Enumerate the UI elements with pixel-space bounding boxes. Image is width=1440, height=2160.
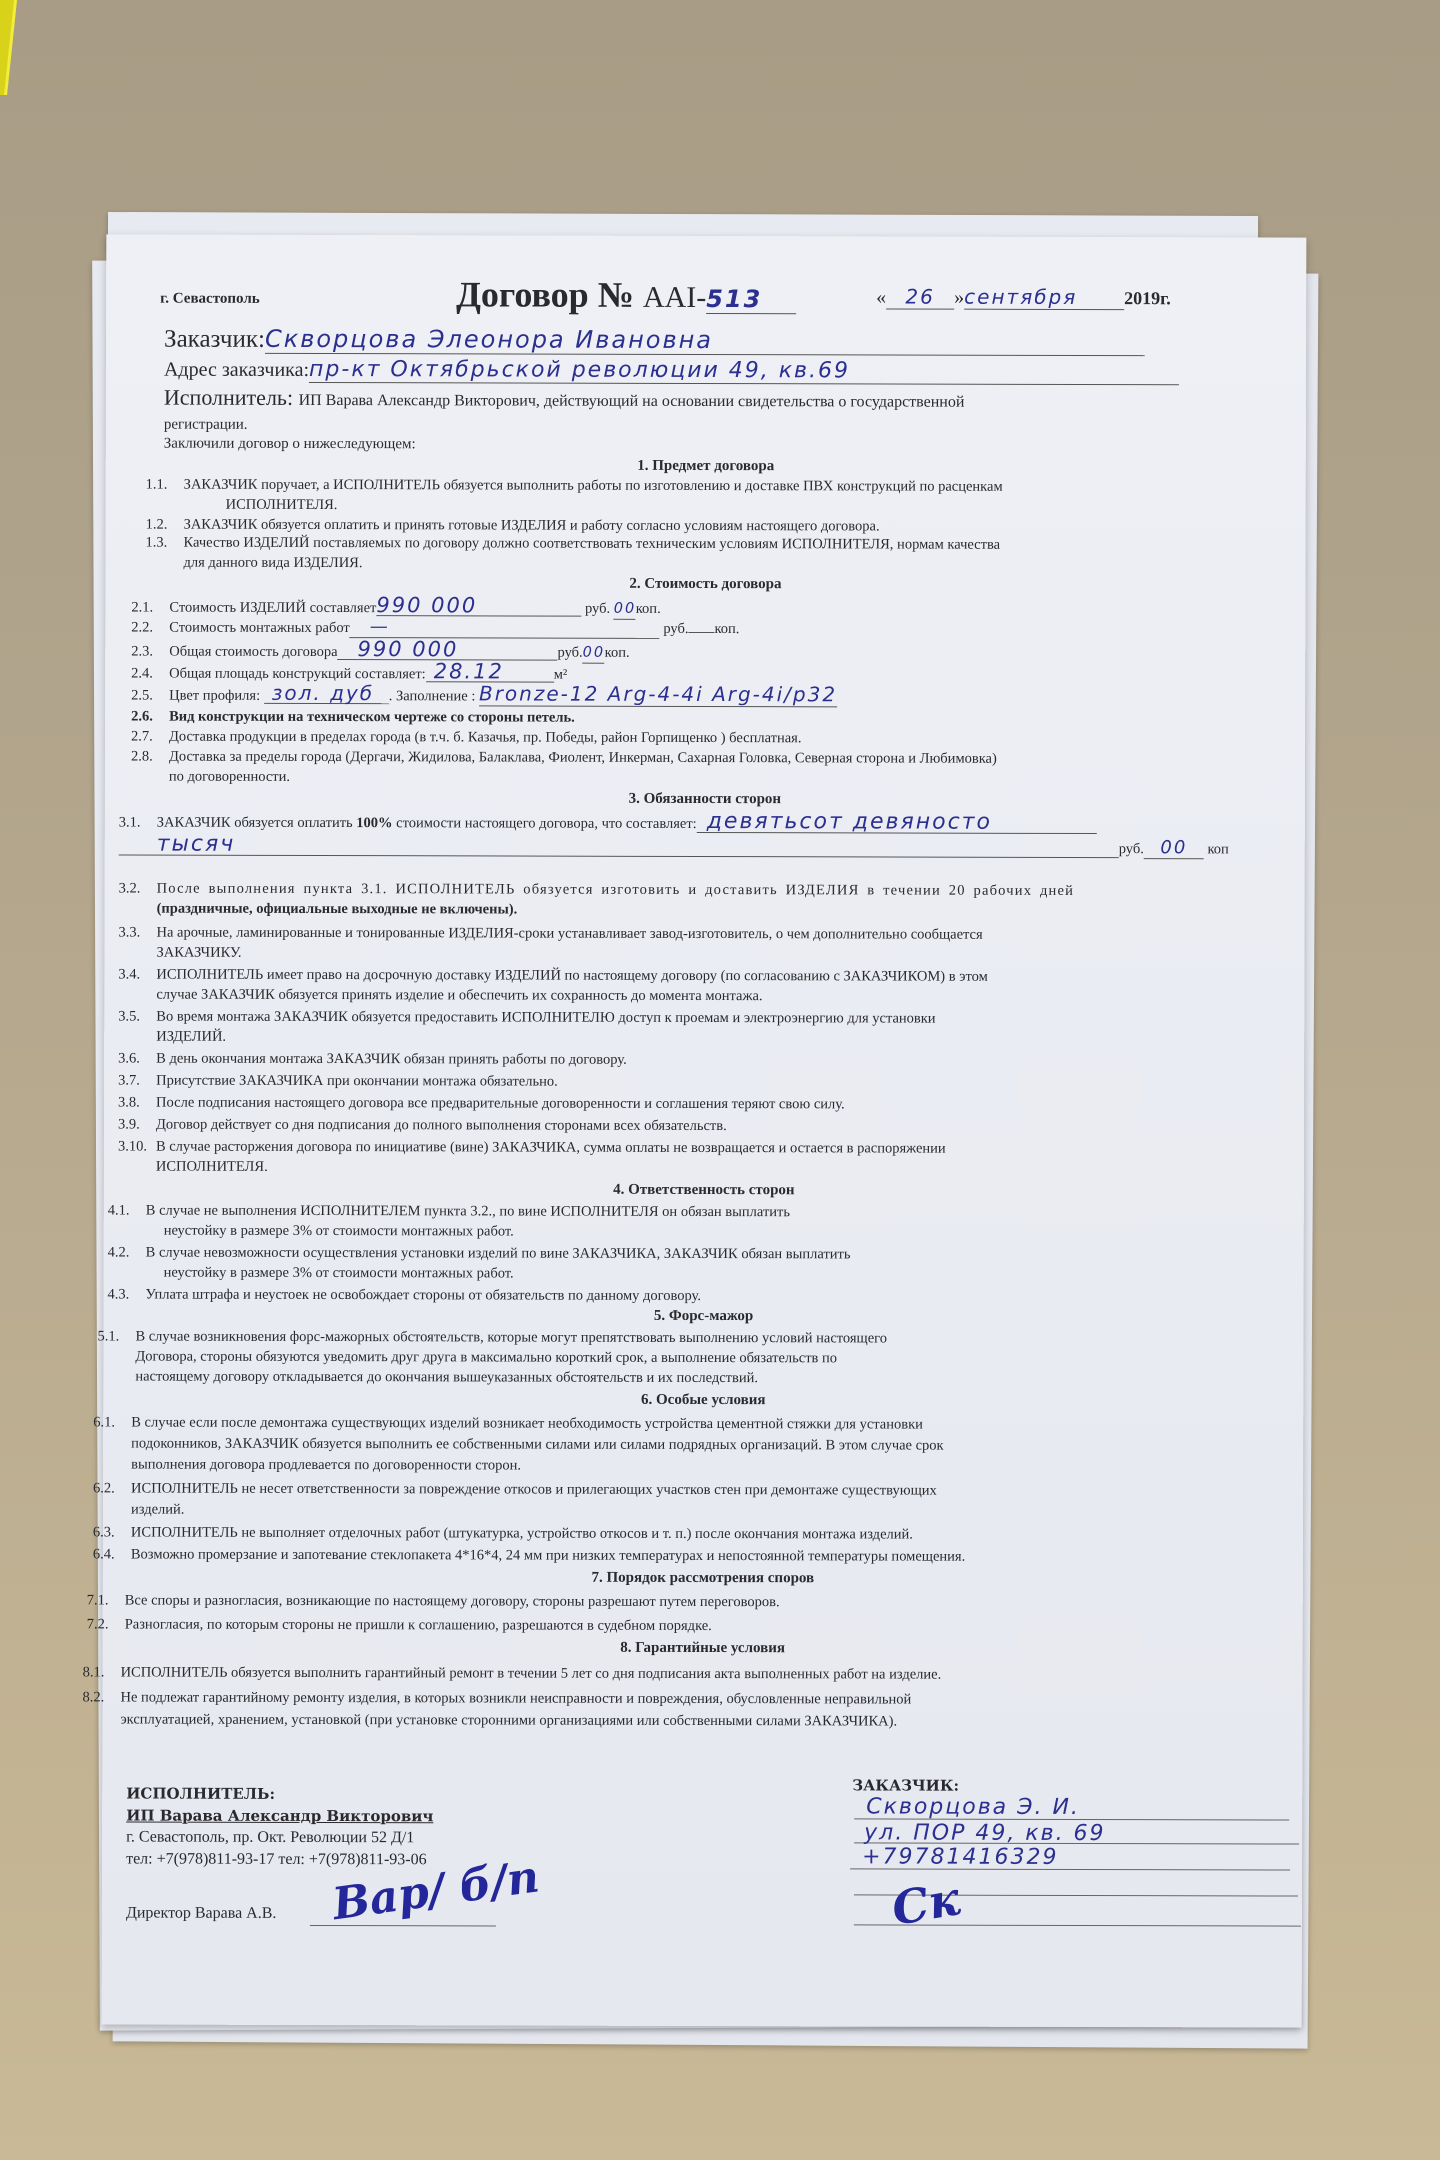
contract-document: г. Севастополь Договор № AAI-513 «26»сен… (102, 234, 1307, 2027)
clause-text: Возможно промерзание и запотевание стекл… (131, 1547, 965, 1565)
kop-label: коп. (636, 601, 661, 617)
clause-2-7: 2.7.Доставка продукции в пределах города… (131, 726, 801, 748)
clause-7-1: 7.1.Все споры и разногласия, возникающие… (87, 1590, 780, 1612)
clause-text-cont: подоконников, ЗАКАЗЧИК обязуется выполни… (93, 1435, 943, 1453)
clause-3-10: 3.10.В случае расторжения договора по ин… (118, 1136, 946, 1178)
agreement-intro: Заключили договор о нижеследующем: (164, 436, 416, 454)
kop-value: 00 (583, 643, 605, 664)
clause-text: Присутствие ЗАКАЗЧИКА при окончании монт… (156, 1073, 558, 1090)
kop-label: коп. (714, 621, 739, 637)
yellow-object-corner (0, 0, 17, 95)
clause-text: В случае если после демонтажа существующ… (131, 1415, 923, 1433)
installation-cost-value: — (350, 617, 660, 639)
clause-text: ИСПОЛНИТЕЛЬ не выполняет отделочных рабо… (131, 1525, 913, 1543)
clause-text-cont: неустойку в размере 3% от стоимости монт… (108, 1264, 514, 1281)
clause-text-cont: ИЗДЕЛИЙ. (118, 1028, 226, 1044)
clause-text-cont: ИСПОЛНИТЕЛЯ. (146, 497, 338, 514)
clause-6-2: 6.2.ИСПОЛНИТЕЛЬ не несет ответственности… (93, 1478, 937, 1522)
customer-name: Скворцова Элеонора Ивановна (265, 325, 1145, 356)
clause-text: Договор действует со дня подписания до п… (156, 1117, 727, 1134)
executor-text: ИП Варава Александр Викторович, действую… (299, 392, 965, 411)
clause-text: В случае не выполнения ИСПОЛНИТЕЛЕМ пунк… (146, 1203, 790, 1221)
clause-2-5: 2.5.Цвет профиля: зол. дуб. Заполнение :… (131, 682, 837, 707)
clause-8-2: 8.2.Не подлежат гарантийному ремонту изд… (82, 1686, 911, 1732)
rub-label: руб. (585, 601, 610, 617)
clause-text: Вид конструкции на техническом чертеже с… (169, 709, 575, 726)
clause-1-1: 1.1.ЗАКАЗЧИК поручает, а ИСПОЛНИТЕЛЬ обя… (146, 475, 1003, 517)
customer-signature: Ск (888, 1871, 964, 1936)
clause-4-3: 4.3.Уплата штрафа и неустоек не освобожд… (108, 1284, 701, 1306)
clause-text-cont: выполнения договора продлевается по дого… (93, 1456, 521, 1473)
filling-value: Bronze-12 Arg-4-4i Arg-4i/р32 (479, 681, 837, 707)
section-3-title: 3. Обязанности сторон (105, 789, 1305, 809)
clause-text-bold: 100% (356, 815, 392, 831)
clause-number: 3.3. (118, 922, 156, 942)
address-row: Адрес заказчика:пр-кт Октябрьской револю… (164, 357, 1179, 386)
clause-text: ЗАКАЗЧИК обязуется оплатить и принять го… (184, 517, 880, 535)
rub-label: руб. (663, 621, 688, 637)
clause-number: 2.8. (131, 746, 169, 766)
clause-3-1-amount-cont: тысячруб.00 коп (119, 834, 1229, 859)
clause-text-cont: (праздничные, официальные выходные не вк… (119, 900, 518, 917)
contract-date: «26»сентября2019г. (876, 284, 1171, 310)
clause-text-cont: случае ЗАКАЗЧИК обязуется принять издели… (118, 986, 762, 1004)
area-unit: м² (554, 667, 568, 683)
clause-3-6: 3.6.В день окончания монтажа ЗАКАЗЧИК об… (118, 1048, 627, 1069)
clause-text: В случае возникновения форс-мажорных обс… (135, 1329, 887, 1347)
director-label: Директор Варава А.В. (126, 1904, 277, 1922)
customer-sign-phone: +79781416329 (862, 1844, 1058, 1870)
clause-text: Уплата штрафа и неустоек не освобождает … (146, 1287, 701, 1304)
clause-number: 4.2. (108, 1242, 146, 1262)
clause-3-2: 3.2.После выполнения пункта 3.1. ИСПОЛНИ… (119, 878, 1075, 921)
quote-open: « (876, 286, 886, 308)
clause-label: Стоимость монтажных работ (169, 620, 349, 636)
clause-text: ЗАКАЗЧИК обязуется оплатить (157, 815, 357, 832)
clause-text: ИСПОЛНИТЕЛЬ обязуется выполнить гарантий… (121, 1664, 942, 1682)
clause-text: После выполнения пункта 3.1. ИСПОЛНИТЕЛЬ… (157, 881, 1075, 899)
clause-number: 1.3. (146, 533, 184, 553)
section-1-title: 1. Предмет договора (106, 456, 1306, 476)
clause-number: 1.1. (146, 475, 184, 495)
area-value: 28.12 (426, 661, 554, 682)
clause-3-5: 3.5.Во время монтажа ЗАКАЗЧИК обязуется … (118, 1006, 935, 1048)
clause-number: 3.10. (118, 1136, 156, 1156)
amount-words-line1: девятьсот девяносто (697, 812, 1097, 834)
executor-label: Исполнитель: (164, 385, 293, 410)
clause-1-3: 1.3.Качество ИЗДЕЛИЙ поставляемых по дог… (145, 533, 1000, 575)
executor-row: Исполнитель: ИП Варава Александр Викторо… (164, 385, 965, 413)
title-text: Договор № (456, 274, 634, 314)
clause-number: 3.1. (119, 812, 157, 832)
profile-color-value: зол. дуб (264, 683, 389, 704)
clause-number: 8.2. (82, 1686, 120, 1708)
cost-products-value: 990 000 (376, 595, 581, 617)
clause-number: 2.2. (131, 617, 169, 637)
section-2-title: 2. Стоимость договора (105, 574, 1305, 594)
clause-3-9: 3.9.Договор действует со дня подписания … (118, 1114, 727, 1136)
clause-6-3: 6.3.ИСПОЛНИТЕЛЬ не выполняет отделочных … (93, 1522, 913, 1544)
clause-text: Все споры и разногласия, возникающие по … (125, 1592, 780, 1610)
contract-page: г. Севастополь Договор № AAI-513 «26»сен… (102, 234, 1307, 2027)
clause-number: 7.1. (87, 1590, 125, 1610)
clause-text: ИСПОЛНИТЕЛЬ имеет право на досрочную дос… (156, 967, 987, 985)
section-4-title: 4. Ответственность сторон (104, 1180, 1304, 1200)
clause-label: Цвет профиля: (169, 688, 260, 704)
clause-text: Качество ИЗДЕЛИЙ поставляемых по договор… (184, 535, 1001, 553)
city-label: г. Севастополь (160, 291, 260, 308)
contract-title: Договор № AAI-513 (456, 273, 796, 316)
section-7-title: 7. Порядок рассмотрения споров (103, 1568, 1303, 1588)
rub-label: руб. (1119, 841, 1144, 857)
clause-text: Разногласия, по которым стороны не пришл… (125, 1616, 712, 1634)
date-month: сентября (964, 285, 1124, 310)
clause-number: 4.3. (108, 1284, 146, 1304)
clause-5-1: 5.1.В случае возникновения форс-мажорных… (97, 1326, 887, 1388)
executor-company-name: ИП Варава Александр Викторович (126, 1806, 433, 1825)
section-5-title: 5. Форс-мажор (103, 1306, 1303, 1326)
clause-3-7: 3.7.Присутствие ЗАКАЗЧИКА при окончании … (118, 1070, 558, 1091)
amount-words-line2: тысяч (119, 834, 1119, 858)
clause-2-2: 2.2.Стоимость монтажных работ— руб.коп. (131, 616, 739, 639)
address-value: пр-кт Октябрьской революции 49, кв.69 (309, 357, 1179, 385)
date-day: 26 (886, 284, 954, 309)
clause-2-6: 2.6.Вид конструкции на техническом черте… (131, 706, 575, 727)
customer-label: Заказчик: (164, 326, 265, 353)
clause-8-1: 8.1.ИСПОЛНИТЕЛЬ обязуется выполнить гара… (83, 1662, 942, 1684)
clause-number: 5.1. (97, 1326, 135, 1346)
clause-text-cont: для данного вида ИЗДЕЛИЯ. (145, 555, 362, 572)
clause-text: Доставка за пределы города (Дергачи, Жид… (169, 749, 997, 767)
clause-text: В случае расторжения договора по инициат… (156, 1139, 946, 1157)
clause-text: Не подлежат гарантийному ремонту изделия… (120, 1689, 911, 1707)
clause-text: В день окончания монтажа ЗАКАЗЧИК обязан… (156, 1051, 627, 1068)
clause-number: 2.1. (131, 597, 169, 617)
clause-text-cont: эксплуатацией, хранением, установкой (пр… (82, 1711, 897, 1729)
clause-number: 3.4. (118, 964, 156, 984)
customer-row: Заказчик:Скворцова Элеонора Ивановна (164, 325, 1145, 357)
clause-text-cont: Договора, стороны обязуются уведомить др… (97, 1348, 837, 1366)
clause-number: 6.3. (93, 1522, 131, 1542)
clause-text-cont: изделий. (93, 1501, 184, 1517)
customer-sign-address: ул. ПОР 49, кв. 69 (864, 1820, 1105, 1846)
clause-text: После подписания настоящего договора все… (156, 1095, 845, 1113)
clause-3-4: 3.4.ИСПОЛНИТЕЛЬ имеет право на досрочную… (118, 964, 987, 1006)
date-year: 2019г. (1124, 288, 1171, 308)
clause-number: 8.1. (83, 1662, 121, 1682)
clause-number: 3.5. (118, 1006, 156, 1026)
clause-6-1: 6.1.В случае если после демонтажа сущест… (93, 1412, 944, 1477)
clause-label: Общая стоимость договора (169, 644, 337, 660)
executor-text-cont: регистрации. (164, 417, 248, 434)
clause-text: На арочные, ламинированные и тонированны… (156, 925, 982, 943)
customer-sign-name: Скворцова Э. И. (866, 1794, 1080, 1820)
clause-text-cont: настоящему договору откладывается до око… (97, 1368, 758, 1386)
clause-number: 3.9. (118, 1114, 156, 1134)
address-label: Адрес заказчика: (164, 359, 309, 381)
clause-text: ИСПОЛНИТЕЛЬ не несет ответственности за … (131, 1481, 937, 1499)
clause-text: ЗАКАЗЧИК поручает, а ИСПОЛНИТЕЛЬ обязует… (184, 477, 1003, 495)
section-8-title: 8. Гарантийные условия (103, 1638, 1303, 1658)
contract-prefix: AAI- (643, 281, 706, 314)
clause-label: Стоимость ИЗДЕЛИЙ составляет (169, 600, 376, 617)
clause-label: Общая площадь конструкций составляет: (169, 666, 426, 683)
kop-label: коп (1207, 841, 1228, 857)
clause-number: 6.2. (93, 1478, 131, 1499)
clause-number: 6.1. (93, 1412, 131, 1433)
clause-number: 2.4. (131, 663, 169, 683)
kop-value: 00 (1144, 838, 1204, 859)
clause-3-1: 3.1.ЗАКАЗЧИК обязуется оплатить 100% сто… (119, 810, 1097, 835)
executor-address: г. Севастополь, пр. Окт. Революции 52 Д/… (126, 1828, 414, 1847)
clause-text: В случае невозможности осуществления уст… (146, 1245, 851, 1263)
filling-label: . Заполнение : (389, 688, 476, 704)
clause-number: 2.3. (131, 641, 169, 661)
executor-phones: тел: +7(978)811-93-17 тел: +7(978)811-93… (126, 1850, 427, 1869)
clause-3-3: 3.3.На арочные, ламинированные и тониров… (118, 922, 982, 964)
clause-text-cont: неустойку в размере 3% от стоимости монт… (108, 1222, 514, 1239)
clause-number: 3.6. (118, 1048, 156, 1068)
clause-3-8: 3.8.После подписания настоящего договора… (118, 1092, 845, 1114)
clause-number: 7.2. (87, 1614, 125, 1634)
clause-number: 3.7. (118, 1070, 156, 1090)
clause-2-8: 2.8.Доставка за пределы города (Дергачи,… (131, 746, 997, 788)
executor-heading: ИСПОЛНИТЕЛЬ: (126, 1784, 275, 1802)
kop-label: коп. (605, 645, 630, 661)
clause-number: 3.2. (119, 878, 157, 898)
total-cost-value: 990 000 (338, 639, 558, 661)
clause-6-4: 6.4.Возможно промерзание и запотевание с… (93, 1544, 965, 1566)
clause-4-2: 4.2.В случае невозможности осуществления… (108, 1242, 851, 1284)
clause-4-1: 4.1.В случае не выполнения ИСПОЛНИТЕЛЕМ … (108, 1200, 790, 1242)
customer-heading: ЗАКАЗЧИК: (852, 1776, 959, 1794)
kop-value: 00 (614, 599, 636, 620)
contract-number: 513 (706, 285, 796, 314)
clause-text-cont: ИСПОЛНИТЕЛЯ. (118, 1158, 268, 1174)
clause-text: Доставка продукции в пределах города (в … (169, 729, 801, 747)
clause-text: стоимости настоящего договора, что соста… (393, 815, 697, 832)
clause-number: 2.5. (131, 685, 169, 705)
clause-text-cont: по договоренности. (131, 768, 290, 784)
clause-number: 6.4. (93, 1544, 131, 1564)
clause-number: 2.6. (131, 706, 169, 726)
clause-7-2: 7.2.Разногласия, по которым стороны не п… (87, 1614, 712, 1636)
kop-value (688, 632, 714, 633)
rub-label: руб. (558, 645, 583, 661)
clause-text-cont: ЗАКАЗЧИКУ. (118, 944, 241, 960)
clause-number: 4.1. (108, 1200, 146, 1220)
section-6-title: 6. Особые условия (103, 1390, 1303, 1410)
clause-number: 3.8. (118, 1092, 156, 1112)
clause-number: 2.7. (131, 726, 169, 746)
quote-close: » (954, 287, 964, 309)
clause-text: Во время монтажа ЗАКАЗЧИК обязуется пред… (156, 1009, 935, 1027)
